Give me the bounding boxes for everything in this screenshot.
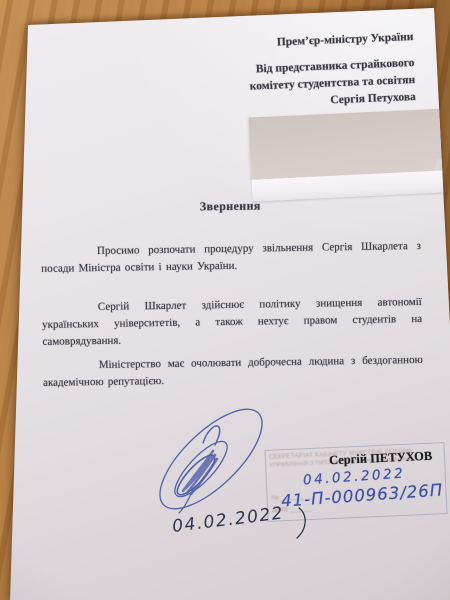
handwritten-date-text: 04.02.2022	[171, 503, 285, 537]
redaction-paper-slip	[249, 109, 449, 180]
address-block: Прем’єр-міністру України Від представник…	[247, 29, 415, 113]
paragraph-2: Сергій Шкарлет здійснює політику знищенн…	[42, 294, 423, 351]
handwritten-date-group: 04.02.2022	[163, 496, 343, 551]
paragraph-3: Міністерство має очолювати доброчесна лю…	[43, 352, 423, 392]
pen-flourish	[297, 508, 305, 538]
paper-shadow-wrap: Прем’єр-міністру України Від представник…	[0, 0, 450, 600]
document-title: Звернення	[30, 196, 430, 217]
paragraph-1: Просимо розпочати процедуру звільнення С…	[41, 238, 421, 278]
document-paper: Прем’єр-міністру України Від представник…	[0, 0, 450, 600]
recipient-line: Прем’єр-міністру України	[247, 29, 413, 53]
